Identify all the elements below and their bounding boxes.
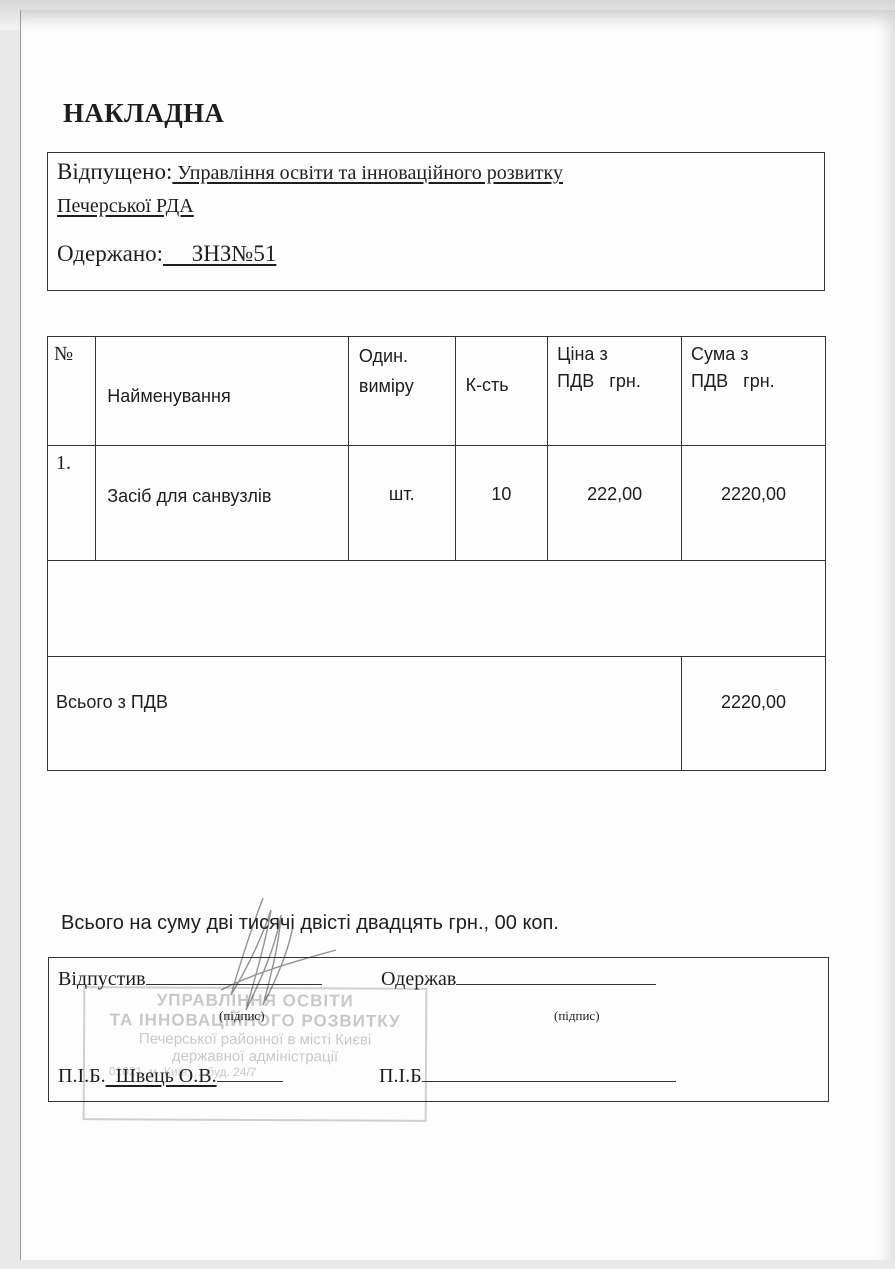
sum-in-words: Всього на суму дві тисячі двісті двадцят… xyxy=(61,912,559,935)
row-num: 1. xyxy=(48,446,96,561)
table-row: 1. Засіб для санвузлів шт. 10 222,00 222… xyxy=(48,446,826,561)
released-name: Швець О.В. xyxy=(106,1065,217,1087)
header-num: № xyxy=(48,337,96,446)
header-name: Найменування xyxy=(96,337,349,446)
released-pib-line: П.І.Б. Швець О.В. xyxy=(58,1061,283,1088)
document-title: НАКЛАДНА xyxy=(63,98,224,129)
empty-cell xyxy=(48,561,826,657)
header-unit-line2: виміру xyxy=(359,371,455,401)
row-price: 222,00 xyxy=(548,446,682,561)
parties-box: Відпущено: Управління освіти та інноваці… xyxy=(47,152,825,291)
header-unit-line1: Один. xyxy=(359,341,455,371)
released-by-value-line2: Печерської РДА xyxy=(57,195,194,218)
released-by-label: Відпущено: xyxy=(57,159,172,184)
row-qty: 10 xyxy=(455,446,548,561)
released-signature-line: Відпустив xyxy=(58,964,322,991)
released-pib-blank xyxy=(217,1061,283,1082)
total-label: Всього з ПДВ xyxy=(48,657,682,771)
header-price-line1: Ціна з xyxy=(557,341,681,368)
row-unit: шт. xyxy=(348,446,455,561)
released-signature-blank[interactable] xyxy=(146,964,322,985)
header-sum-line1: Сума з xyxy=(691,341,825,368)
received-signature-line: Одержав xyxy=(381,964,656,991)
received-signature-label: Одержав xyxy=(381,968,456,990)
row-name: Засіб для санвузлів xyxy=(96,446,349,561)
received-pib-line: П.І.Б xyxy=(379,1061,676,1088)
total-value: 2220,00 xyxy=(682,657,826,771)
released-signature-label: Відпустив xyxy=(58,968,146,990)
invoice-page: НАКЛАДНА Відпущено: Управління освіти та… xyxy=(20,10,895,1260)
total-row: Всього з ПДВ 2220,00 xyxy=(48,657,826,771)
received-pib-label: П.І.Б xyxy=(379,1065,422,1087)
received-signature-blank[interactable] xyxy=(456,964,656,985)
released-by-value: Управління освіти та інноваційного розви… xyxy=(172,162,563,184)
signature-hint-2: (підпис) xyxy=(554,1008,600,1024)
header-sum: Сума з ПДВ грн. xyxy=(682,337,826,446)
header-qty: К-сть xyxy=(455,337,548,446)
released-pib-label: П.І.Б. xyxy=(58,1065,106,1087)
items-table: № Найменування Один. виміру К-сть Ціна з… xyxy=(47,336,826,771)
table-header-row: № Найменування Один. виміру К-сть Ціна з… xyxy=(48,337,826,446)
received-by-line: Одержано: ЗНЗ№51 xyxy=(57,241,276,267)
header-sum-line2: ПДВ грн. xyxy=(691,368,825,395)
header-price: Ціна з ПДВ грн. xyxy=(548,337,682,446)
released-by-line: Відпущено: Управління освіти та інноваці… xyxy=(57,159,563,185)
row-sum: 2220,00 xyxy=(682,446,826,561)
header-price-line2: ПДВ грн. xyxy=(557,368,681,395)
empty-row xyxy=(48,561,826,657)
received-pib-blank[interactable] xyxy=(422,1061,676,1082)
received-by-label: Одержано: xyxy=(57,241,163,266)
header-unit: Один. виміру xyxy=(348,337,455,446)
signatures-box: Відпустив Одержав (підпис) (підпис) П.І.… xyxy=(48,957,829,1102)
received-by-value: ЗНЗ№51 xyxy=(163,241,276,266)
signature-hint-1: (підпис) xyxy=(219,1008,265,1024)
